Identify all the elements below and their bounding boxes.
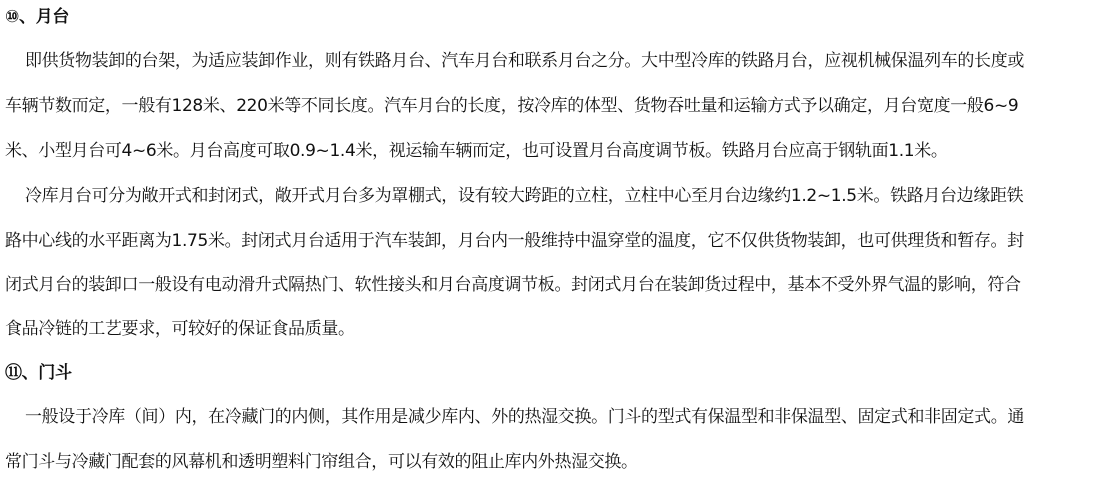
document-page: ⑩、月台 即供货物装卸的台架，为适应装卸作业，则有铁路月台、汽车月台和联系月台之… [0, 0, 1109, 484]
section-heading-yuetai: ⑩、月台 [5, 6, 69, 28]
paragraph-line: 常门斗与冷藏门配套的风幕机和透明塑料门帘组合，可以有效的阻止库内外热湿交换。 [5, 451, 638, 473]
paragraph-line: 车辆节数而定，一般有128米、220米等不同长度。汽车月台的长度，按冷库的体型、… [5, 95, 1018, 117]
paragraph-line: 闭式月台的装卸口一般设有电动滑升式隔热门、软性接头和月台高度调节板。封闭式月台在… [5, 274, 1021, 296]
paragraph-line: 即供货物装卸的台架，为适应装卸作业，则有铁路月台、汽车月台和联系月台之分。大中型… [25, 50, 1024, 72]
section-heading-mendou: ⑪、门斗 [5, 362, 72, 384]
paragraph-line: 食品冷链的工艺要求，可较好的保证食品质量。 [5, 318, 355, 340]
paragraph-line: 米、小型月台可4~6米。月台高度可取0.9~1.4米，视运输车辆而定，也可设置月… [5, 140, 948, 162]
paragraph-line: 一般设于冷库（间）内，在冷藏门的内侧，其作用是减少库内、外的热湿交换。门斗的型式… [25, 406, 1024, 428]
paragraph-line: 路中心线的水平距离为1.75米。封闭式月台适用于汽车装卸，月台内一般维持中温穿堂… [5, 230, 1024, 252]
paragraph-line: 冷库月台可分为敞开式和封闭式，敞开式月台多为罩棚式，设有较大跨距的立柱，立柱中心… [25, 185, 1023, 207]
